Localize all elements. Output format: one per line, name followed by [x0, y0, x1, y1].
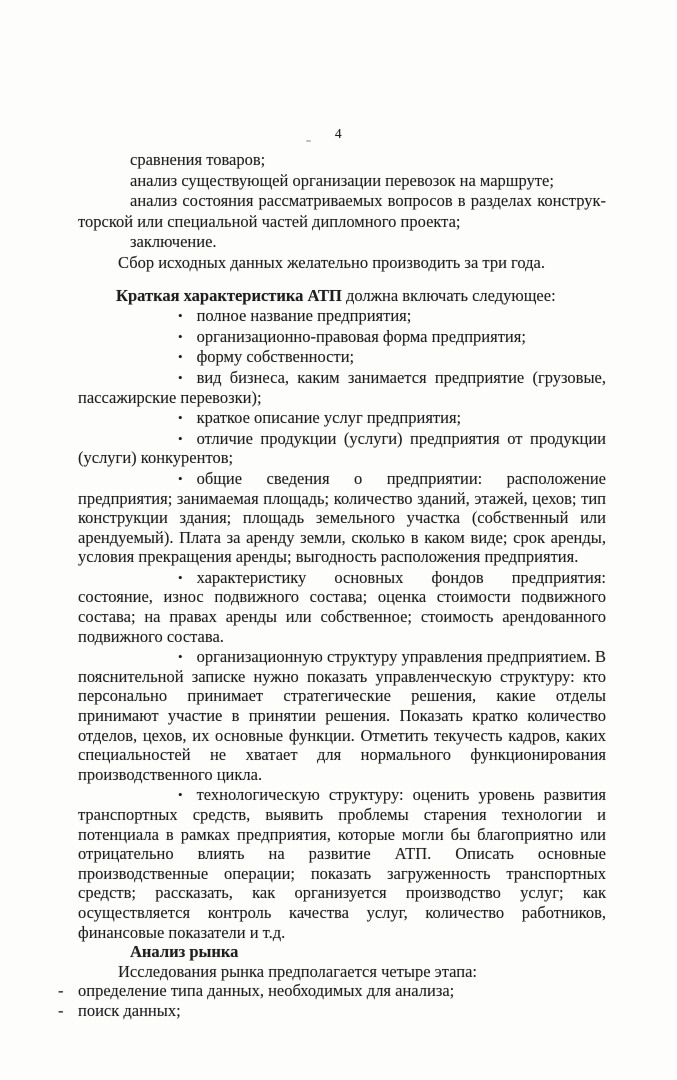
bullet-item: •вид бизнеса, каким занимается предприят…: [78, 368, 606, 407]
intro-paragraph: сравнения товаров;: [78, 150, 606, 171]
scan-mark: [306, 140, 311, 142]
bullet-icon: •: [128, 347, 183, 367]
bullet-item: •краткое описание услуг предприятия;: [78, 408, 606, 428]
bullet-text: организационно-правовая форма предприяти…: [197, 327, 526, 346]
intro-paragraph: анализ существующей организации перевозо…: [78, 171, 606, 192]
bullet-item: •организационно-правовая форма предприят…: [78, 327, 606, 347]
bullet-text: форму собственности;: [197, 347, 355, 366]
bullet-item: •технологическую структуру: оценить уров…: [78, 785, 606, 942]
bullet-text: технологическую структуру: оценить урове…: [78, 785, 606, 941]
bullet-item: •полное название предприятия;: [78, 306, 606, 326]
note-paragraph: Сбор исходных данных желательно производ…: [78, 253, 606, 274]
section-heading-atp: Краткая характеристика АТП должна включа…: [78, 286, 606, 306]
dash-icon: -: [58, 1001, 78, 1021]
bullet-item: •организационную структуру управления пр…: [78, 647, 606, 784]
bullet-icon: •: [128, 327, 183, 347]
page-number: 4: [0, 126, 677, 142]
bullet-icon: •: [128, 785, 183, 805]
bullet-icon: •: [128, 469, 183, 489]
intro-list: сравнения товаров; анализ существующей о…: [78, 150, 606, 253]
bullet-item: •отличие продукции (услуги) предприятия …: [78, 429, 606, 468]
intro-paragraph: анализ состояния рассматриваемых вопросо…: [78, 191, 606, 232]
section-heading-atp-bold: Краткая характеристика АТП: [116, 286, 342, 305]
bullet-icon: •: [128, 647, 183, 667]
dash-item: -поиск данных;: [78, 1001, 606, 1021]
document-page: 4 сравнения товаров; анализ существующей…: [0, 0, 677, 1080]
dash-icon: -: [58, 981, 78, 1001]
bullet-item: •характеристику основных фондов предприя…: [78, 568, 606, 646]
bullet-text: краткое описание услуг предприятия;: [197, 408, 462, 427]
dash-text: поиск данных;: [78, 1001, 181, 1020]
bullet-text: полное название предприятия;: [197, 306, 412, 325]
intro-paragraph: заключение.: [78, 232, 606, 253]
section-heading-atp-rest: должна включать следующее:: [342, 286, 556, 305]
lead-paragraph: Исследования рынка предполагается четыре…: [78, 962, 606, 982]
bullet-text: организационную структуру управления пре…: [78, 647, 606, 784]
section-heading-market: Анализ рынка: [78, 942, 606, 962]
bullet-item: •форму собственности;: [78, 347, 606, 367]
bullet-item: •общие сведения о предприятии: расположе…: [78, 469, 606, 567]
dash-text: определение типа данных, необходимых для…: [78, 981, 454, 1000]
dash-item: -определение типа данных, необходимых дл…: [78, 981, 606, 1001]
bullet-icon: •: [128, 368, 183, 388]
bullet-icon: •: [128, 408, 183, 428]
bullet-icon: •: [128, 306, 183, 326]
bullet-icon: •: [128, 429, 183, 449]
document-body: сравнения товаров; анализ существующей о…: [78, 150, 606, 1021]
bullet-icon: •: [128, 568, 183, 588]
